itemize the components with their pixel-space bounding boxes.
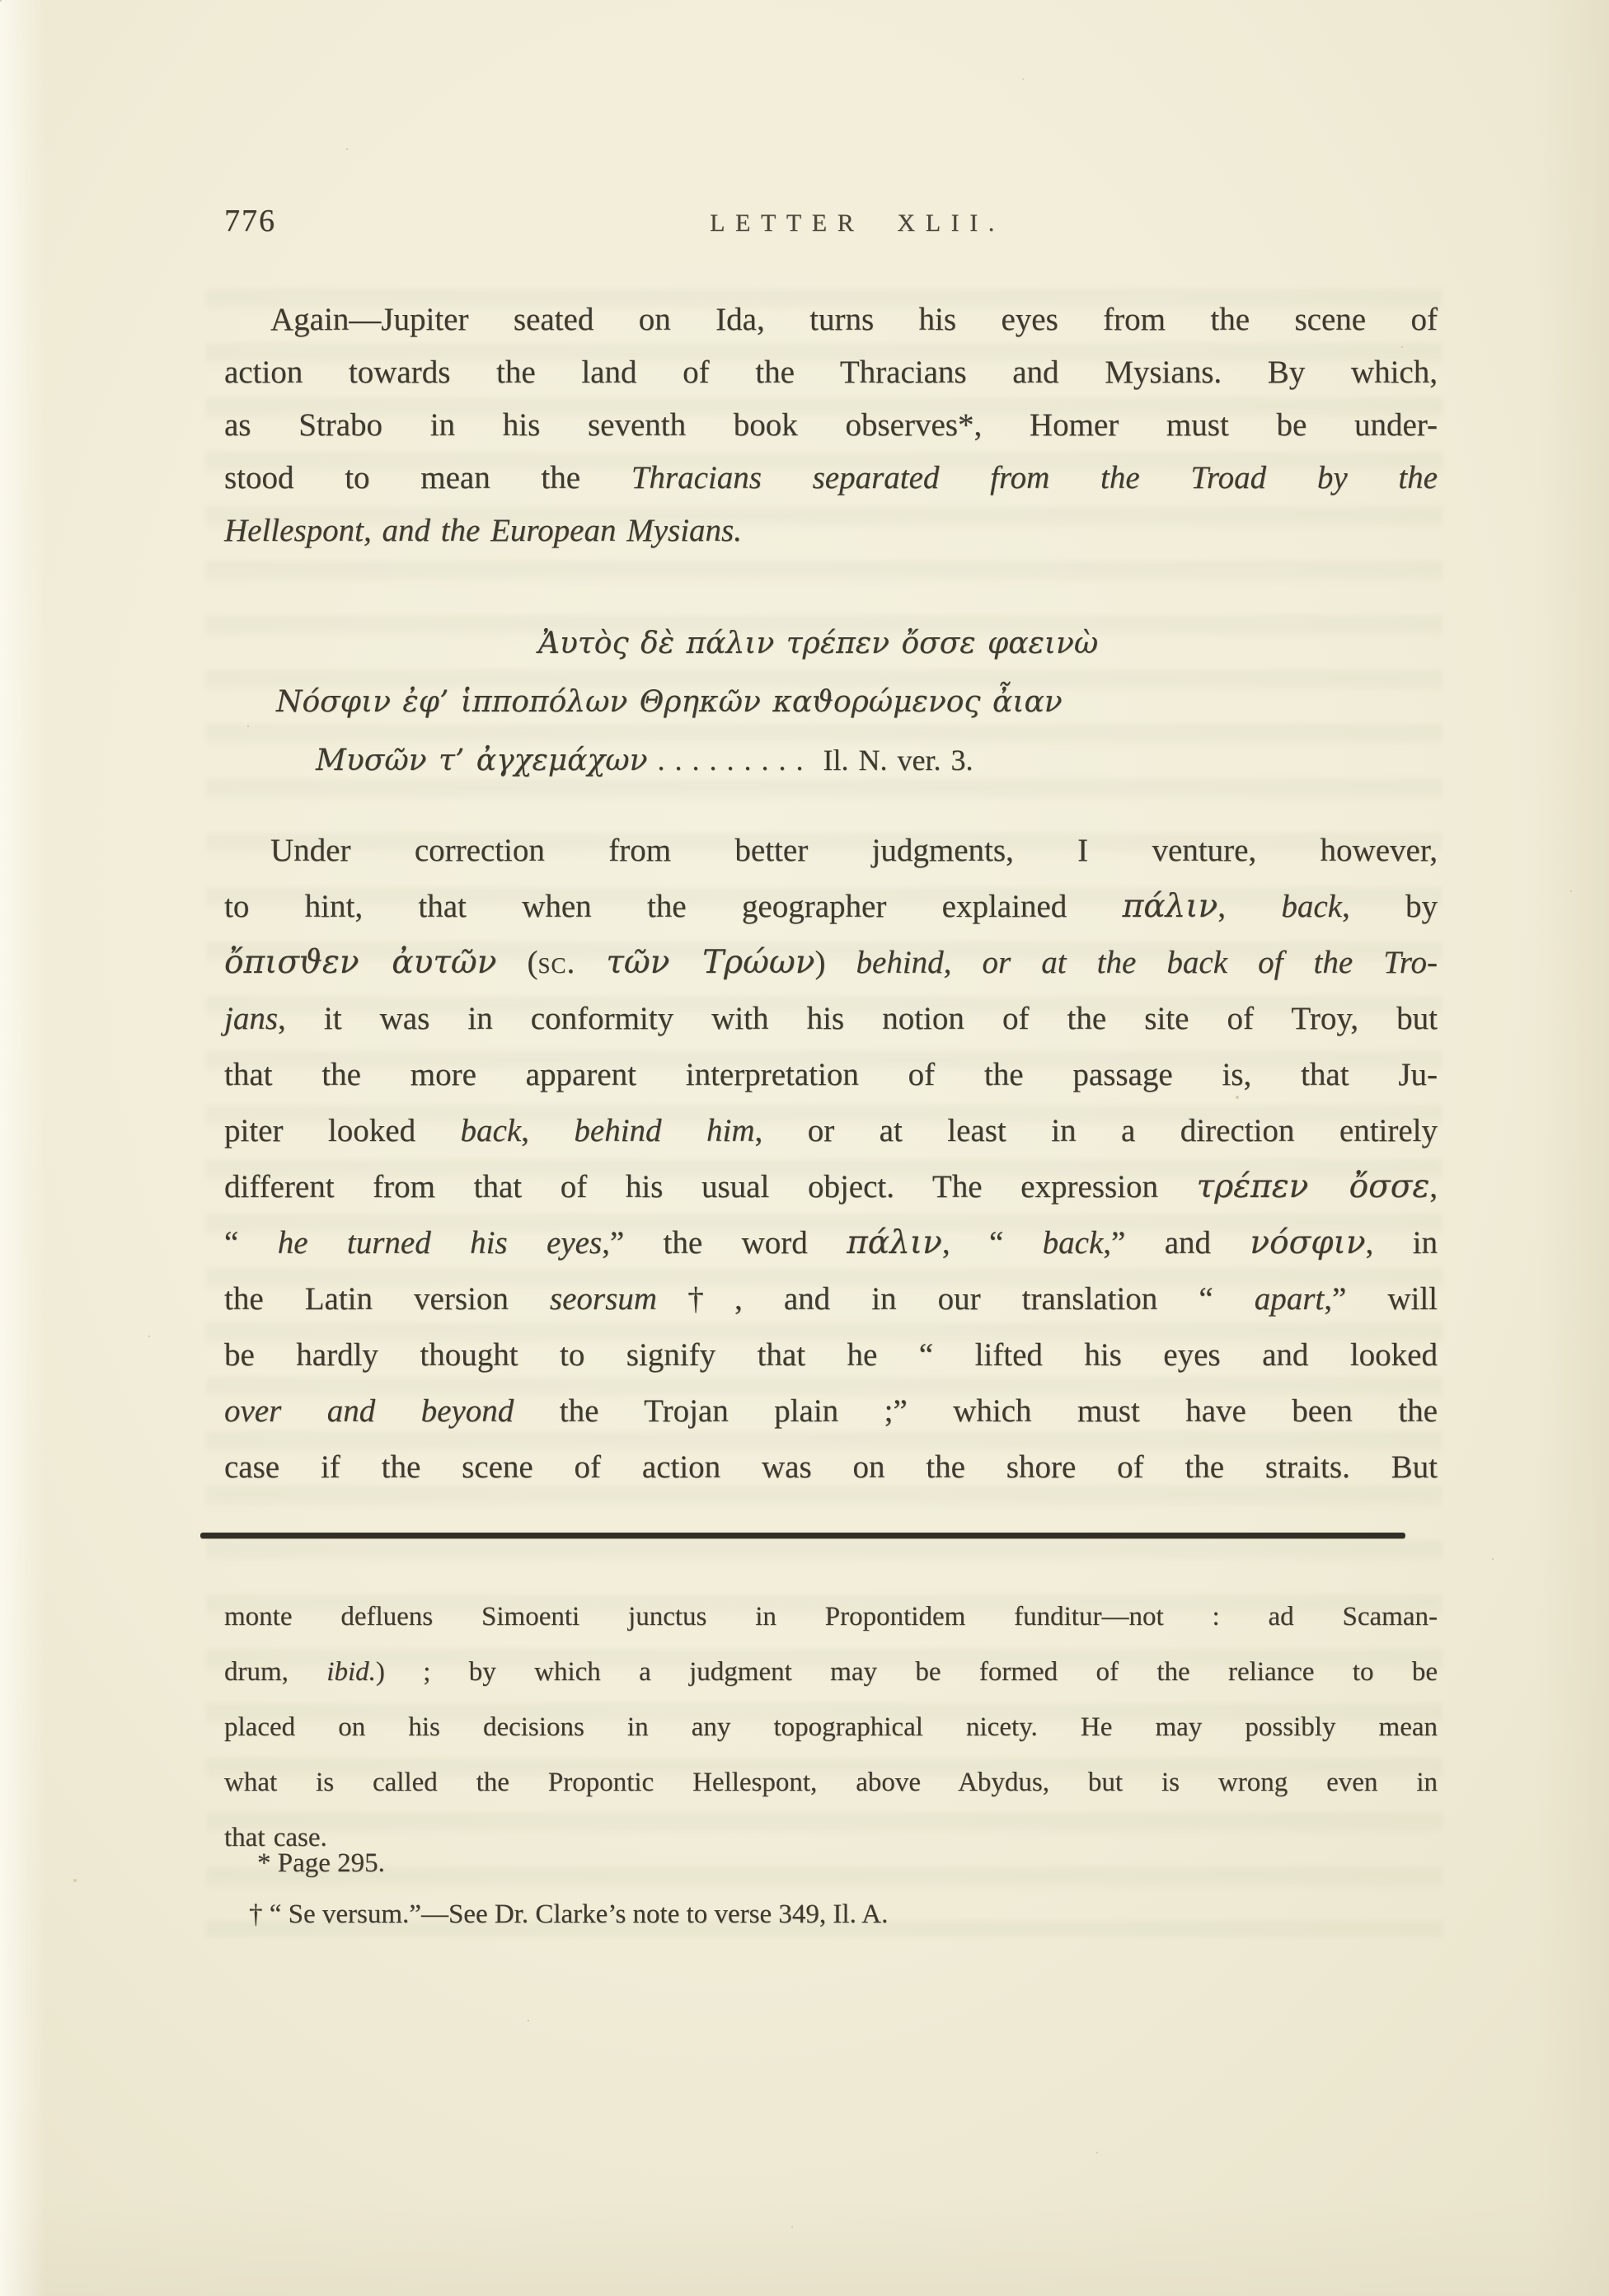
text-run: , or at least in a direction entirely: [755, 1113, 1438, 1148]
text-run: Ἀυτὸς δὲ πάλιν τρέπεν ὄσσε φαεινὼ: [538, 627, 1098, 660]
text-run: apart: [1255, 1281, 1325, 1317]
text-run: Μυσῶν τ’ ἀγχεμάχων: [316, 744, 648, 777]
text-line: Again—Jupiter seated on Ida, turns his e…: [224, 293, 1438, 346]
text-run: monte defluens Simoenti junctus in Propo…: [224, 1602, 1438, 1632]
text-run: πάλιν: [847, 1224, 942, 1261]
text-run: (: [496, 945, 537, 980]
greek-quotation: Ἀυτὸς δὲ πάλιν τρέπεν ὄσσε φαεινὼ Νόσφιν…: [224, 614, 1438, 790]
text-line: placed on his decisions in any topograph…: [224, 1700, 1438, 1755]
text-run: the Latin version: [224, 1281, 550, 1317]
text-run: ,: [1429, 1169, 1438, 1204]
greek-verse-line: Νόσφιν ἐφ’ ἱπποπόλων Θρηκῶν καϑορώμενος …: [276, 673, 1438, 731]
text-run: ): [814, 945, 856, 980]
text-line: Under correction from better judgments, …: [224, 823, 1438, 879]
text-run: Νόσφιν ἐφ’ ἱπποπόλων Θρηκῶν καϑορώμενος …: [276, 685, 1063, 719]
text-run: Thracians separated from the Troad by th…: [631, 460, 1438, 495]
text-run: back: [1043, 1225, 1104, 1261]
text-run: . . . . . . . . . Il. N. ver. 3.: [648, 744, 973, 777]
text-run: , “: [942, 1225, 1043, 1261]
footnote-separator-rule: [200, 1533, 1405, 1538]
text-run: Under correction from better judgments, …: [270, 833, 1438, 868]
text-run: back: [461, 1113, 522, 1148]
text-run: that the more apparent interpretation of…: [224, 1057, 1438, 1092]
text-run: placed on his decisions in any topograph…: [224, 1712, 1438, 1742]
text-run: different from that of his usual object.…: [224, 1169, 1197, 1204]
text-line: case if the scene of action was on the s…: [224, 1439, 1438, 1495]
text-run: τρέπεν ὄσσε: [1197, 1168, 1430, 1205]
text-run: the Trojan plain ;” which must have been…: [514, 1393, 1438, 1429]
text-line: be hardly thought to signify that he “ l…: [224, 1327, 1438, 1383]
text-run: behind him: [574, 1113, 754, 1148]
text-line: to hint, that when the geographer explai…: [224, 879, 1438, 935]
text-run: seorsum: [550, 1281, 657, 1317]
text-run: ,” and: [1103, 1225, 1250, 1261]
text-run: , it was in conformity with his notion o…: [278, 1001, 1438, 1036]
scanned-book-page: 776 LETTER XLII. Again—Jupiter seated on…: [0, 0, 1609, 2296]
text-run: he turned his eyes: [278, 1225, 602, 1261]
text-run: as Strabo in his seventh book observes*,…: [224, 407, 1438, 443]
text-line: ὄπισϑεν ἀυτῶν (sc. τῶν Τρώων) behind, or…: [224, 935, 1438, 991]
text-run: ὄπισϑεν ἀυτῶν: [224, 944, 496, 981]
text-line: stood to mean the Thracians separated fr…: [224, 452, 1438, 505]
text-run: be hardly thought to signify that he “ l…: [224, 1337, 1438, 1373]
text-line: over and beyond the Trojan plain ;” whic…: [224, 1383, 1438, 1439]
text-line: drum, ibid.) ; by which a judgment may b…: [224, 1645, 1438, 1700]
text-run: ,” the word: [602, 1225, 847, 1261]
text-run: “: [224, 1225, 278, 1261]
paragraph-2: Under correction from better judgments, …: [224, 823, 1438, 1495]
footnote-dagger: † “ Se versum.”—See Dr. Clarke’s note to…: [224, 1898, 1462, 1931]
paper-speckles: [0, 0, 2, 2]
text-run: what is called the Propontic Hellespont,…: [224, 1768, 1438, 1797]
text-run: ,: [1217, 889, 1281, 924]
text-run: stood to mean the: [224, 460, 631, 495]
text-run: drum,: [224, 1657, 326, 1687]
text-line: that the more apparent interpretation of…: [224, 1047, 1438, 1103]
greek-verse-line: Ἀυτὸς δὲ πάλιν τρέπεν ὄσσε φαεινὼ: [538, 614, 1438, 673]
text-run: back: [1281, 889, 1342, 924]
text-run: Again—Jupiter seated on Ida, turns his e…: [270, 302, 1438, 337]
text-line: what is called the Propontic Hellespont,…: [224, 1755, 1438, 1810]
text-run: over and beyond: [224, 1393, 514, 1429]
text-run: ibid.: [326, 1657, 376, 1687]
greek-verse-line-with-citation: Μυσῶν τ’ ἀγχεμάχων . . . . . . . . . Il.…: [316, 731, 1438, 790]
text-line: action towards the land of the Thracians…: [224, 346, 1438, 399]
text-run: piter looked: [224, 1113, 461, 1148]
text-run: †, and in our translation “: [657, 1281, 1255, 1317]
text-run: sc.: [537, 945, 575, 980]
text-run: to hint, that when the geographer explai…: [224, 889, 1123, 924]
text-line: monte defluens Simoenti junctus in Propo…: [224, 1589, 1438, 1645]
text-run: jans: [224, 1001, 278, 1036]
text-run: behind, or at the back of the Tro-: [856, 945, 1438, 980]
text-line: piter looked back, behind him, or at lea…: [224, 1103, 1438, 1159]
text-run: action towards the land of the Thracians…: [224, 354, 1438, 390]
text-run: πάλιν: [1123, 888, 1218, 925]
text-run: ,: [521, 1113, 574, 1148]
text-line: jans, it was in conformity with his noti…: [224, 991, 1438, 1047]
footnote-asterisk: * Page 295.: [224, 1847, 1471, 1880]
footnote-paragraph: monte defluens Simoenti junctus in Propo…: [224, 1589, 1438, 1866]
running-head: LETTER XLII.: [251, 209, 1464, 237]
text-run: τῶν Τρώων: [606, 944, 814, 981]
paragraph-1: Again—Jupiter seated on Ida, turns his e…: [224, 293, 1438, 557]
text-run: Hellespont, and the European Mysians.: [224, 513, 742, 548]
text-run: νόσφιν: [1250, 1224, 1365, 1261]
text-run: ,” will: [1324, 1281, 1438, 1317]
text-run: ) ; by which a judgment may be formed of…: [376, 1657, 1438, 1687]
text-run: [575, 945, 606, 980]
text-run: , in: [1366, 1225, 1438, 1261]
text-line: Hellespont, and the European Mysians.: [224, 505, 1438, 557]
text-line: “ he turned his eyes,” the word πάλιν, “…: [224, 1215, 1438, 1271]
text-run: case if the scene of action was on the s…: [224, 1449, 1438, 1485]
text-line: different from that of his usual object.…: [224, 1159, 1438, 1215]
text-line: as Strabo in his seventh book observes*,…: [224, 399, 1438, 452]
text-run: , by: [1342, 889, 1438, 924]
text-line: the Latin version seorsum†, and in our t…: [224, 1271, 1438, 1327]
